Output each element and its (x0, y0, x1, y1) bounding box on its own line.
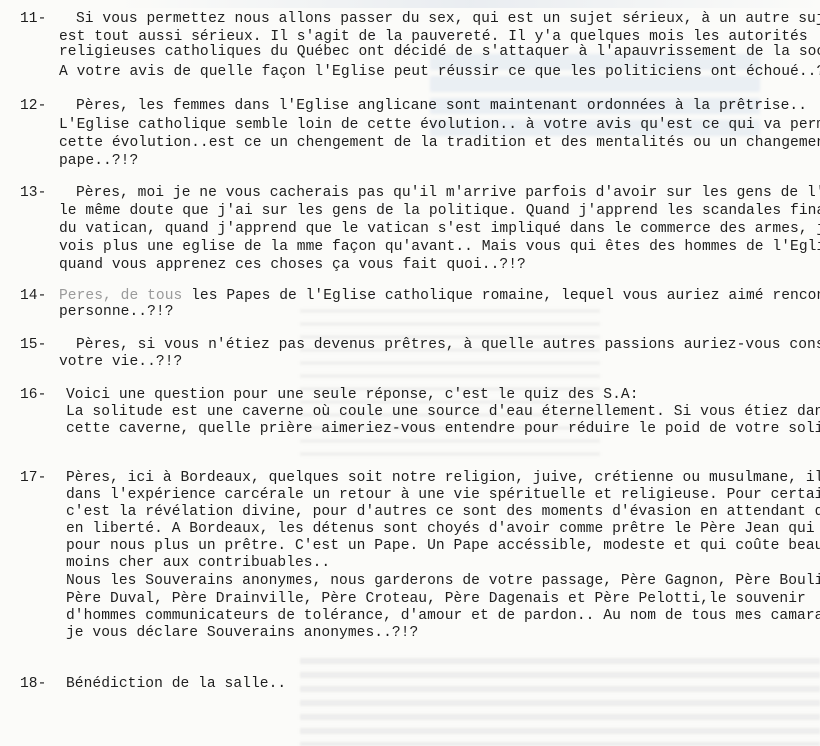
text-line: c'est la révélation divine, pour d'autre… (66, 505, 820, 521)
text-line: Pères, si vous n'étiez pas devenus prêtr… (76, 338, 820, 354)
text-line: Pères, moi je ne vous cacherais pas qu'i… (76, 186, 820, 202)
text-line: le même doute que j'ai sur les gens de l… (59, 204, 820, 220)
question-item-16: 16- Voici une question pour une seule ré… (0, 388, 35, 450)
text-line: d'hommes communicateurs de tolérance, d'… (66, 609, 820, 625)
question-item-11: 11- Si vous permettez nous allons passer… (0, 12, 35, 74)
item-text: Bénédiction de la salle.. (0, 677, 53, 724)
text-line: Nous les Souverains anonymes, nous garde… (66, 574, 820, 590)
text-line: cette évolution..est ce un chengement de… (59, 136, 820, 152)
text-line: Voici une question pour une seule répons… (66, 388, 639, 404)
text-line: quand vous apprenez ces choses ça vous f… (59, 258, 526, 274)
item-text: Pères, les femmes dans l'Eglise anglican… (0, 99, 53, 193)
text-line: A votre avis de quelle façon l'Eglise pe… (59, 65, 820, 81)
text-line: en liberté. A Bordeaux, les détenus sont… (66, 522, 820, 538)
text-line: personne..?!? (59, 305, 174, 321)
text-line: dans l'expérience carcérale un retour à … (66, 488, 820, 504)
text-line: votre vie..?!? (59, 355, 182, 371)
text-line: religieuses catholiques du Québec ont dé… (59, 45, 820, 61)
text-line: pour nous plus un prêtre. C'est un Pape.… (66, 539, 820, 555)
text-line: Père Duval, Père Drainville, Père Crotea… (66, 592, 806, 608)
text-line: La solitude est une caverne où coule une… (66, 405, 820, 421)
scanned-document-page: 11- Si vous permettez nous allons passer… (0, 0, 820, 746)
text-line: moins cher aux contribuables.. (66, 556, 330, 572)
reverse-side-show-through (300, 650, 820, 746)
text-line: du vatican, quand j'apprend que le vatic… (59, 222, 820, 238)
question-item-13: 13- Pères, moi je ne vous cacherais pas … (0, 186, 35, 248)
question-item-12: 12- Pères, les femmes dans l'Eglise angl… (0, 99, 35, 161)
text-line: Pères, les femmes dans l'Eglise anglican… (76, 99, 807, 115)
item-text: Voici une question pour une seule répons… (0, 388, 53, 466)
item-text: Pères, ici à Bordeaux, quelques soit not… (0, 471, 53, 658)
item-text: Si vous permettez nous allons passer du … (0, 12, 53, 106)
text-line: Si vous permettez nous allons passer du … (76, 12, 820, 28)
text-line: Peres, de tous les Papes de l'Eglise cat… (59, 289, 820, 305)
text-line: je vous déclare Souverains anonymes..?!? (66, 626, 418, 642)
text-line: L'Eglise catholique semble loin de cette… (59, 118, 820, 134)
faded-text: Peres, de tous (59, 288, 182, 304)
text-line: cette caverne, quelle prière aimeriez-vo… (66, 422, 820, 438)
text-line: Pères, ici à Bordeaux, quelques soit not… (66, 471, 820, 487)
reverse-side-show-through (120, 0, 820, 8)
question-item-17: 17- Pères, ici à Bordeaux, quelques soit… (0, 471, 35, 533)
text-line: vois plus une eglise de la mme façon qu'… (59, 240, 820, 256)
closing-item-18: 18- Bénédiction de la salle.. (0, 677, 35, 739)
item-text: Pères, moi je ne vous cacherais pas qu'i… (0, 186, 53, 295)
text-line: Bénédiction de la salle.. (66, 677, 286, 693)
text-line: pape..?!? (59, 154, 138, 170)
text-span: les Papes de l'Eglise catholique romaine… (182, 288, 820, 304)
